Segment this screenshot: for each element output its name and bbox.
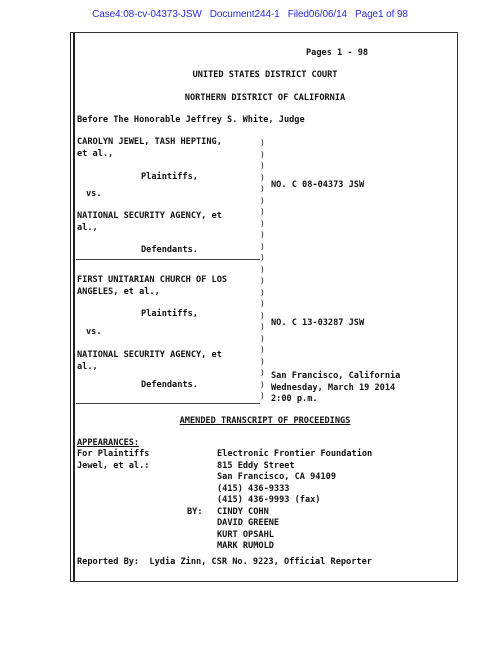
case1-plaintiff-line1: CAROLYN JEWEL, TASH HEPTING, <box>77 137 222 149</box>
address-line: San Francisco, CA 94109 <box>217 472 336 484</box>
case1-plaintiff-line2: et al., <box>77 149 113 161</box>
attorney-name: DAVID GREENE <box>217 518 279 530</box>
hearing-time: 2:00 p.m. <box>271 394 318 406</box>
stamp-case: Case4:08-cv-04373-JSW <box>92 9 202 20</box>
case1-vs: vs. <box>86 189 102 201</box>
district-name: NORTHERN DISTRICT OF CALIFORNIA <box>0 93 500 105</box>
address-line: Electronic Frontier Foundation <box>217 449 372 461</box>
case2-plaintiffs-label: Plaintiffs, <box>141 309 198 321</box>
appearances-label: APPEARANCES: <box>77 438 139 450</box>
case2-defendants-label: Defendants. <box>141 380 198 392</box>
page-range: Pages 1 - 98 <box>306 48 368 60</box>
case1-plaintiffs-label: Plaintiffs, <box>141 172 198 184</box>
transcript-title: AMENDED TRANSCRIPT OF PROCEEDINGS <box>0 416 500 428</box>
caption-bracket-column: ) ) ) ) ) ) ) ) ) ) ) ) ) ) ) ) ) ) ) ) … <box>260 137 265 402</box>
judge-line: Before The Honorable Jeffrey S. White, J… <box>77 115 305 127</box>
address-line: (415) 436-9333 <box>217 484 289 496</box>
filing-stamp: Case4:08-cv-04373-JSW Document244-1 File… <box>0 9 500 20</box>
address-line: (415) 436-9993 (fax) <box>217 495 320 507</box>
case2-case-number: NO. C 13-03287 JSW <box>271 318 364 330</box>
case2-defendant-line1: NATIONAL SECURITY AGENCY, et <box>77 350 222 362</box>
case2-defendant-line2: al., <box>77 362 98 374</box>
reporter-line: Reported By: Lydia Zinn, CSR No. 9223, O… <box>77 557 372 569</box>
appearance-party-line1: For Plaintiffs <box>77 449 149 461</box>
stamp-document: Document244-1 <box>210 9 280 20</box>
stamp-filed: Filed06/06/14 <box>288 9 347 20</box>
case2-plaintiff-line1: FIRST UNITARIAN CHURCH OF LOS <box>77 275 227 287</box>
by-label: BY: <box>187 507 203 519</box>
case1-defendant-line2: al., <box>77 223 98 235</box>
case1-defendant-line1: NATIONAL SECURITY AGENCY, et <box>77 211 222 223</box>
address-line: 815 Eddy Street <box>217 461 295 473</box>
case2-vs: vs. <box>86 327 102 339</box>
hearing-date: Wednesday, March 19 2014 <box>271 383 395 395</box>
stamp-page: Page1 of 98 <box>355 9 408 20</box>
case2-plaintiff-line2: ANGELES, et al., <box>77 287 160 299</box>
attorney-name: CINDY COHN <box>217 507 269 519</box>
attorney-name: KURT OPSAHL <box>217 530 274 542</box>
caption-divider <box>76 403 260 404</box>
attorney-name: MARK RUMOLD <box>217 541 274 553</box>
court-name: UNITED STATES DISTRICT COURT <box>0 70 500 82</box>
caption-divider <box>76 259 260 260</box>
case1-defendants-label: Defendants. <box>141 245 198 257</box>
hearing-location: San Francisco, California <box>271 371 400 383</box>
case1-case-number: NO. C 08-04373 JSW <box>271 180 364 192</box>
appearance-party-line2: Jewel, et al.: <box>77 461 149 473</box>
